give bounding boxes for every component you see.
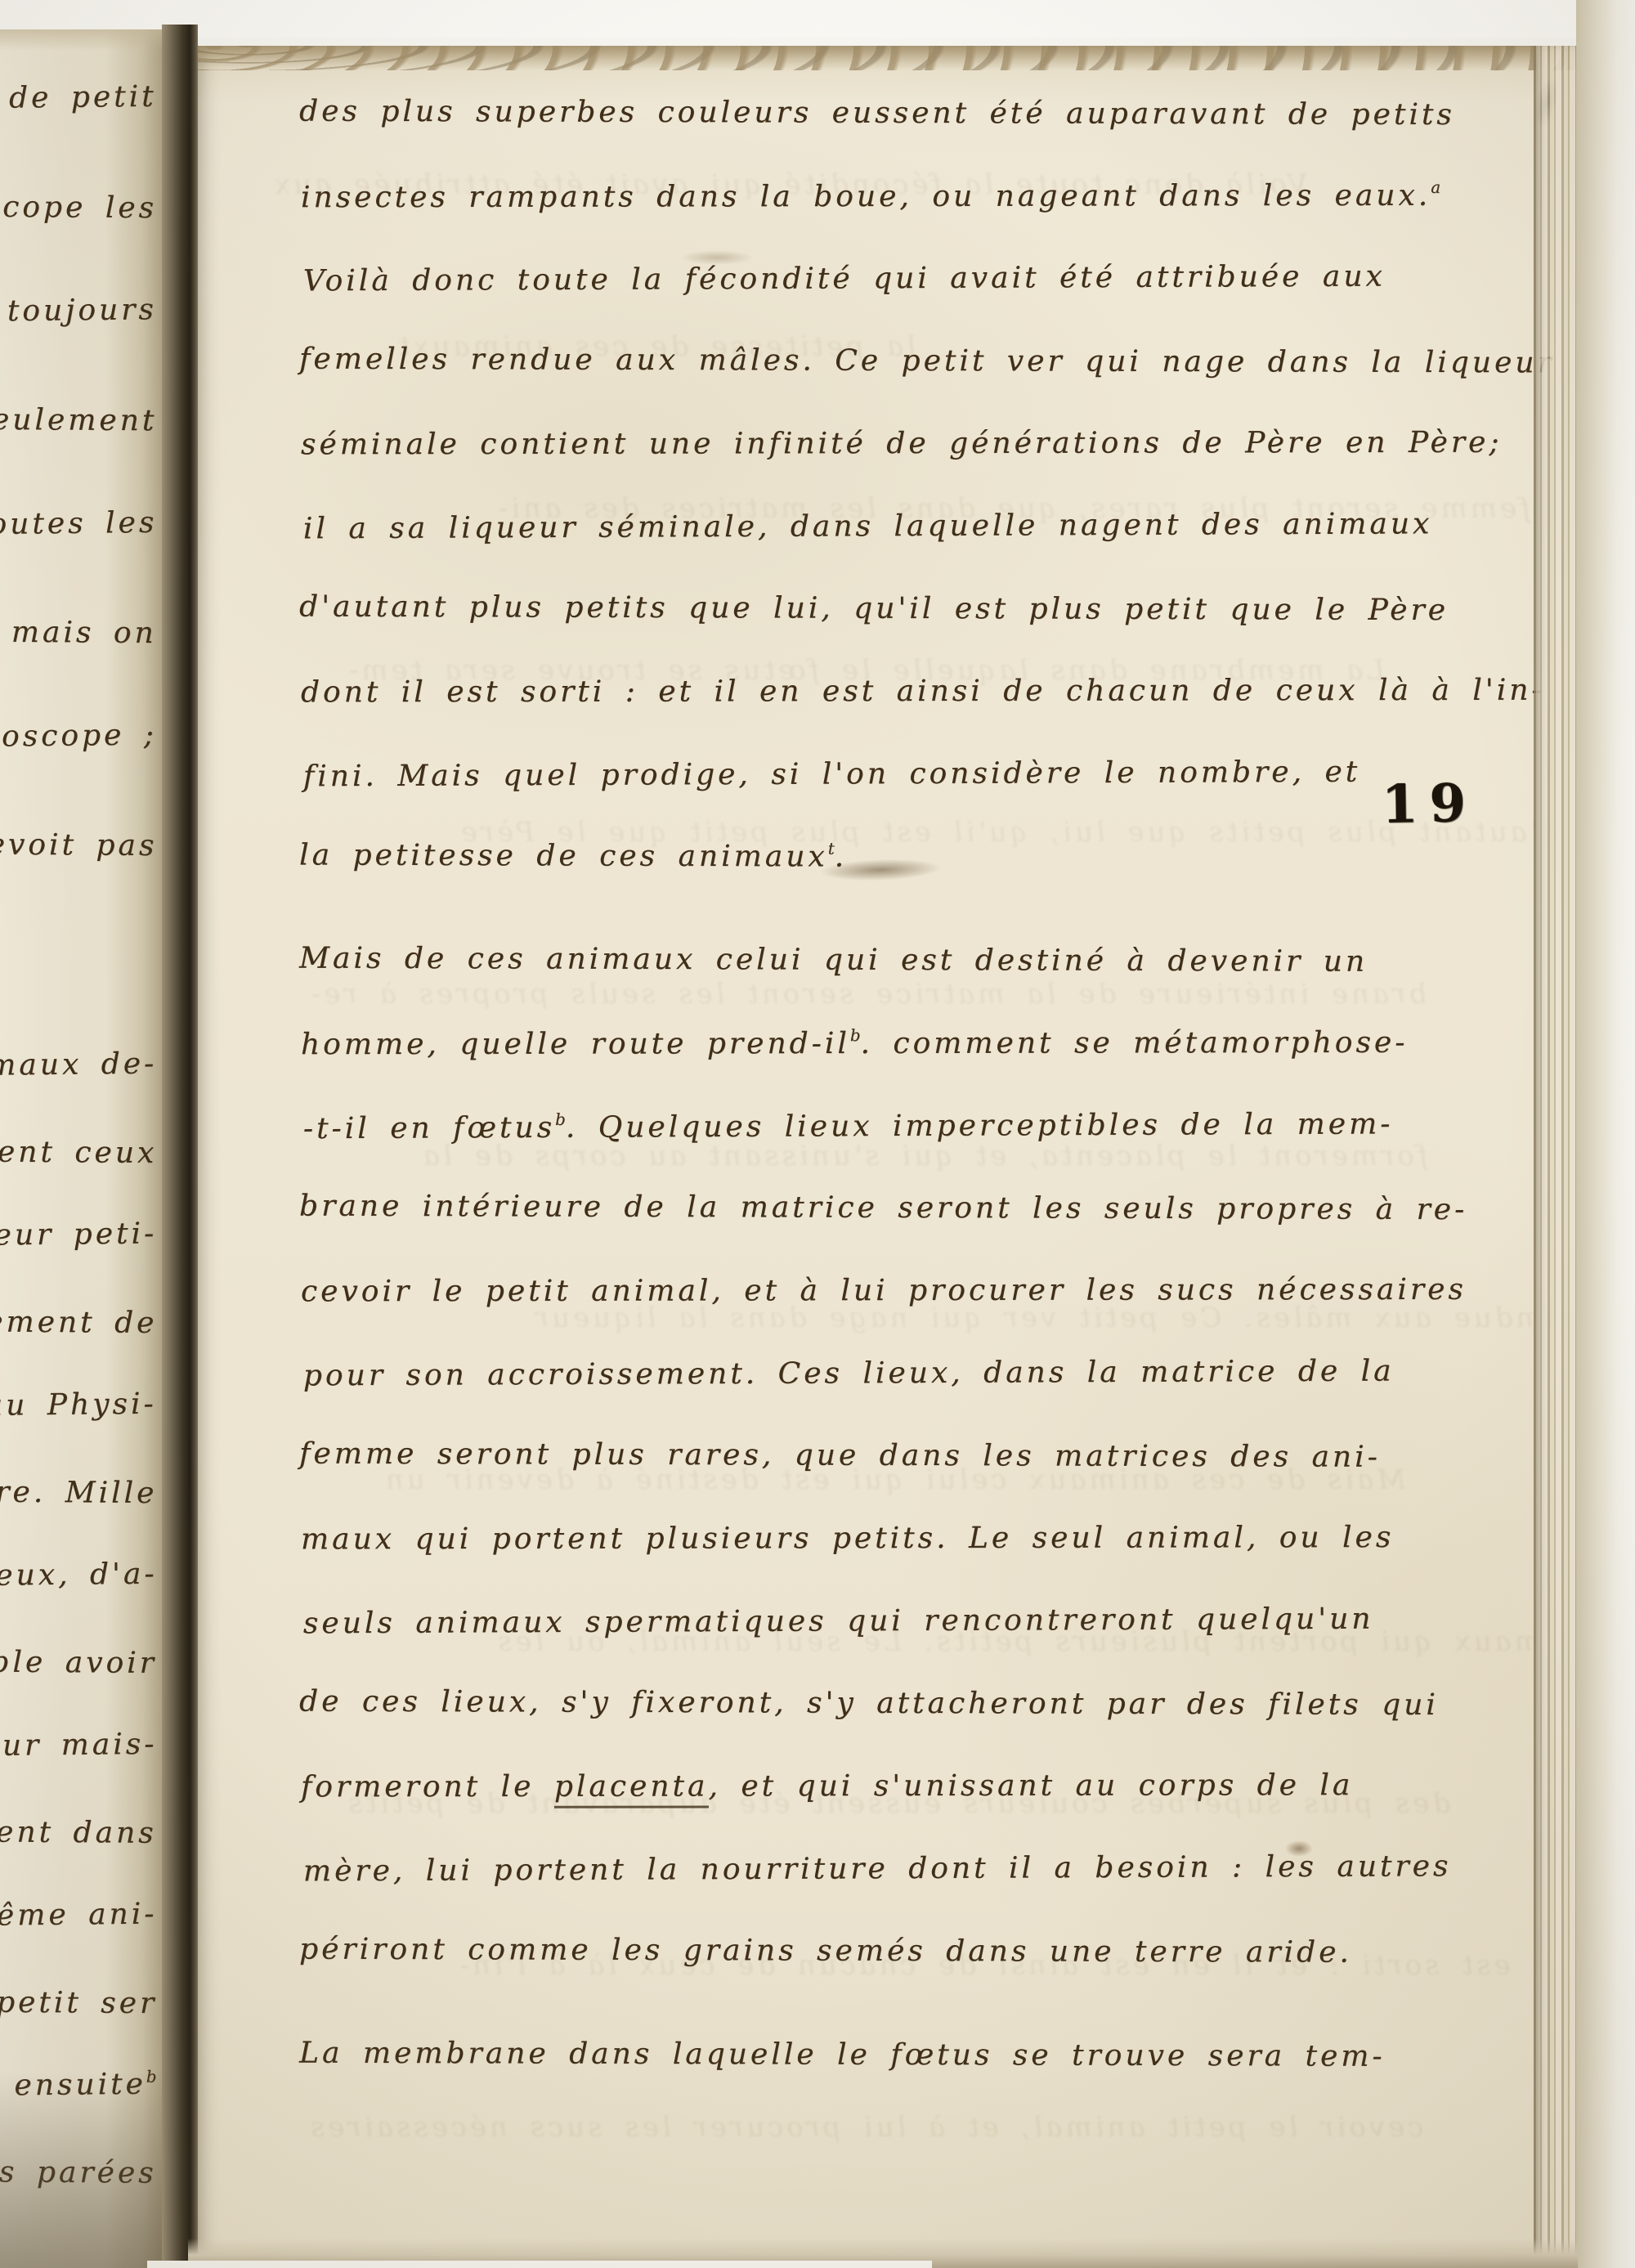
page-number-stamp: 19 (1381, 773, 1477, 836)
paragraph: La membrane dans laquelle le fœtus se tr… (299, 2038, 1550, 2121)
margin-fragment: t yeux, d'a- (0, 1558, 162, 1643)
manuscript-line: Mais de ces animaux celui qui est destin… (299, 942, 1550, 1029)
margin-fragment: gré leur peti- (0, 1218, 162, 1303)
margin-fragment-text: ment dans (0, 1815, 157, 1850)
margin-fragment: percevoit pas (0, 826, 162, 932)
margin-fragment-text: r au Physi- (0, 1387, 157, 1423)
manuscript-line: cevoir le petit animal, et à lui procure… (301, 1273, 1552, 1358)
manuscript-line: pour son accroissement. Ces lieux, dans … (303, 1354, 1554, 1442)
gutter-shadow (162, 25, 198, 2268)
margin-fragment: toutes les (0, 507, 162, 613)
margin-fragment-text: percevoit pas (0, 827, 157, 863)
manuscript-line: la petitesse de ces animauxt. (299, 838, 1550, 925)
manuscript-line: -t-il en fœtusb. Quelques lieux impercep… (303, 1106, 1554, 1195)
manuscript-page: Voilà donc toute la fécondité qui avait … (198, 46, 1576, 2268)
margin-fragment-group: animaux de-étoient ceuxgré leur peti-nge… (0, 1048, 162, 2239)
margin-fragment: microscope les (0, 188, 162, 294)
page-edge-right (1534, 46, 1576, 2268)
margin-fragment: ble : mais on (0, 613, 162, 719)
margin-fragment: s parées (0, 2154, 162, 2239)
margin-fragment-text: nombrable de petit (0, 80, 157, 118)
manuscript-line: homme, quelle route prend-ilb. comment s… (301, 1025, 1552, 1110)
margin-fragment: ment dans (0, 1813, 162, 1898)
margin-fragment-text: leur mais- (0, 1728, 157, 1763)
margin-fragment-text: animaux de- (0, 1047, 157, 1083)
margin-fragment: leur mais- (0, 1728, 162, 1813)
margin-fragment-text: y le petit ser (0, 1985, 157, 2020)
manuscript-line: formeront le placenta, et qui s'unissant… (301, 1768, 1552, 1853)
paragraph: Mais de ces animaux celui qui est destin… (299, 944, 1550, 2017)
margin-fragment: nature. Mille (0, 1473, 162, 1558)
margin-fragment: emble avoir (0, 1643, 162, 1728)
margin-fragment: étoient ceux (0, 1133, 162, 1218)
margin-fragment: animaux de- (0, 1048, 162, 1133)
margin-fragment-text: voit ensuiteb (0, 2068, 157, 2104)
scanner-background-right (1576, 0, 1635, 2268)
manuscript-text-block: des plus superbes couleurs eussent été a… (299, 96, 1550, 2121)
margin-fragment: r au Physi- (0, 1388, 162, 1473)
margin-fragment-text: x , et toujours (0, 293, 157, 329)
margin-fragment-text: ngement de (0, 1305, 157, 1340)
margin-fragment-text: gré leur peti- (0, 1217, 157, 1253)
manuscript-line: périront comme les grains semés dans une… (299, 1933, 1550, 2019)
margin-fragment-text: t yeux, d'a- (0, 1558, 157, 1593)
margin-fragment-text: ble : mais on (0, 615, 157, 650)
margin-fragment-text: nature. Mille (0, 1475, 157, 1510)
margin-fragment-text: toutes les (0, 506, 157, 541)
manuscript-line: mère, lui portent la nourriture dont il … (303, 1849, 1554, 1938)
margin-fragment-text: microscope ; (0, 718, 157, 754)
scanner-background-top (0, 0, 1635, 38)
manuscript-line: maux qui portent plusieurs petits. Le se… (301, 1521, 1552, 1606)
manuscript-line: insectes rampants dans la boue, ou nagea… (301, 178, 1552, 263)
paragraph: des plus superbes couleurs eussent été a… (299, 96, 1550, 922)
margin-fragment: nombrable de petit (0, 82, 162, 188)
previous-page-text-fragments: nombrable de petitmicroscope lesx , et t… (0, 82, 162, 2239)
margin-fragment: microscope ; (0, 719, 162, 826)
manuscript-line: d'autant plus petits que lui, qu'il est … (299, 590, 1550, 677)
margin-fragment-group: nombrable de petitmicroscope lesx , et t… (0, 82, 162, 932)
margin-fragment-text: s parées (0, 2155, 157, 2190)
margin-fragment-text: microscope les (0, 190, 157, 225)
manuscript-line: dont il est sorti : et il en est ainsi d… (301, 674, 1552, 759)
margin-fragment-text: guère seulement (0, 402, 157, 438)
manuscript-line: brane intérieure de la matrice seront le… (299, 1190, 1550, 1276)
manuscript-line: femme seront plus rares, que dans les ma… (299, 1437, 1550, 1524)
margin-fragment: guère seulement (0, 401, 162, 507)
manuscript-line: seuls animaux spermatiques qui rencontre… (303, 1602, 1554, 1690)
margin-fragment-text: emble avoir (0, 1645, 157, 1680)
manuscript-line: femelles rendue aux mâles. Ce petit ver … (299, 343, 1550, 429)
scanner-background-bottom (147, 2261, 932, 2268)
margin-fragment: voit ensuiteb (0, 2069, 162, 2154)
manuscript-line: des plus superbes couleurs eussent été a… (299, 95, 1550, 182)
margin-fragment: e même ani- (0, 1898, 162, 1983)
manuscript-line: fini. Mais quel prodige, si l'on considè… (303, 755, 1554, 843)
manuscript-line: il a sa liqueur séminale, dans laquelle … (303, 507, 1554, 595)
margin-fragment: ngement de (0, 1303, 162, 1388)
manuscript-scan: { "colors": { "ink": "#3f2e18", "paper":… (0, 0, 1635, 2268)
margin-fragment: x , et toujours (0, 294, 162, 401)
margin-fragment-text: e même ani- (0, 1898, 157, 1934)
margin-fragment-text: étoient ceux (0, 1135, 157, 1170)
torn-top-edge (198, 46, 1576, 70)
margin-fragment: y le petit ser (0, 1983, 162, 2069)
manuscript-line: La membrane dans laquelle le fœtus se tr… (299, 2037, 1550, 2123)
manuscript-line: Voilà donc toute la fécondité qui avait … (303, 259, 1554, 347)
previous-page-edge: nombrable de petitmicroscope lesx , et t… (0, 29, 162, 2268)
manuscript-line: séminale contient une infinité de généra… (301, 426, 1552, 511)
manuscript-line: de ces lieux, s'y fixeront, s'y attacher… (299, 1685, 1550, 1772)
